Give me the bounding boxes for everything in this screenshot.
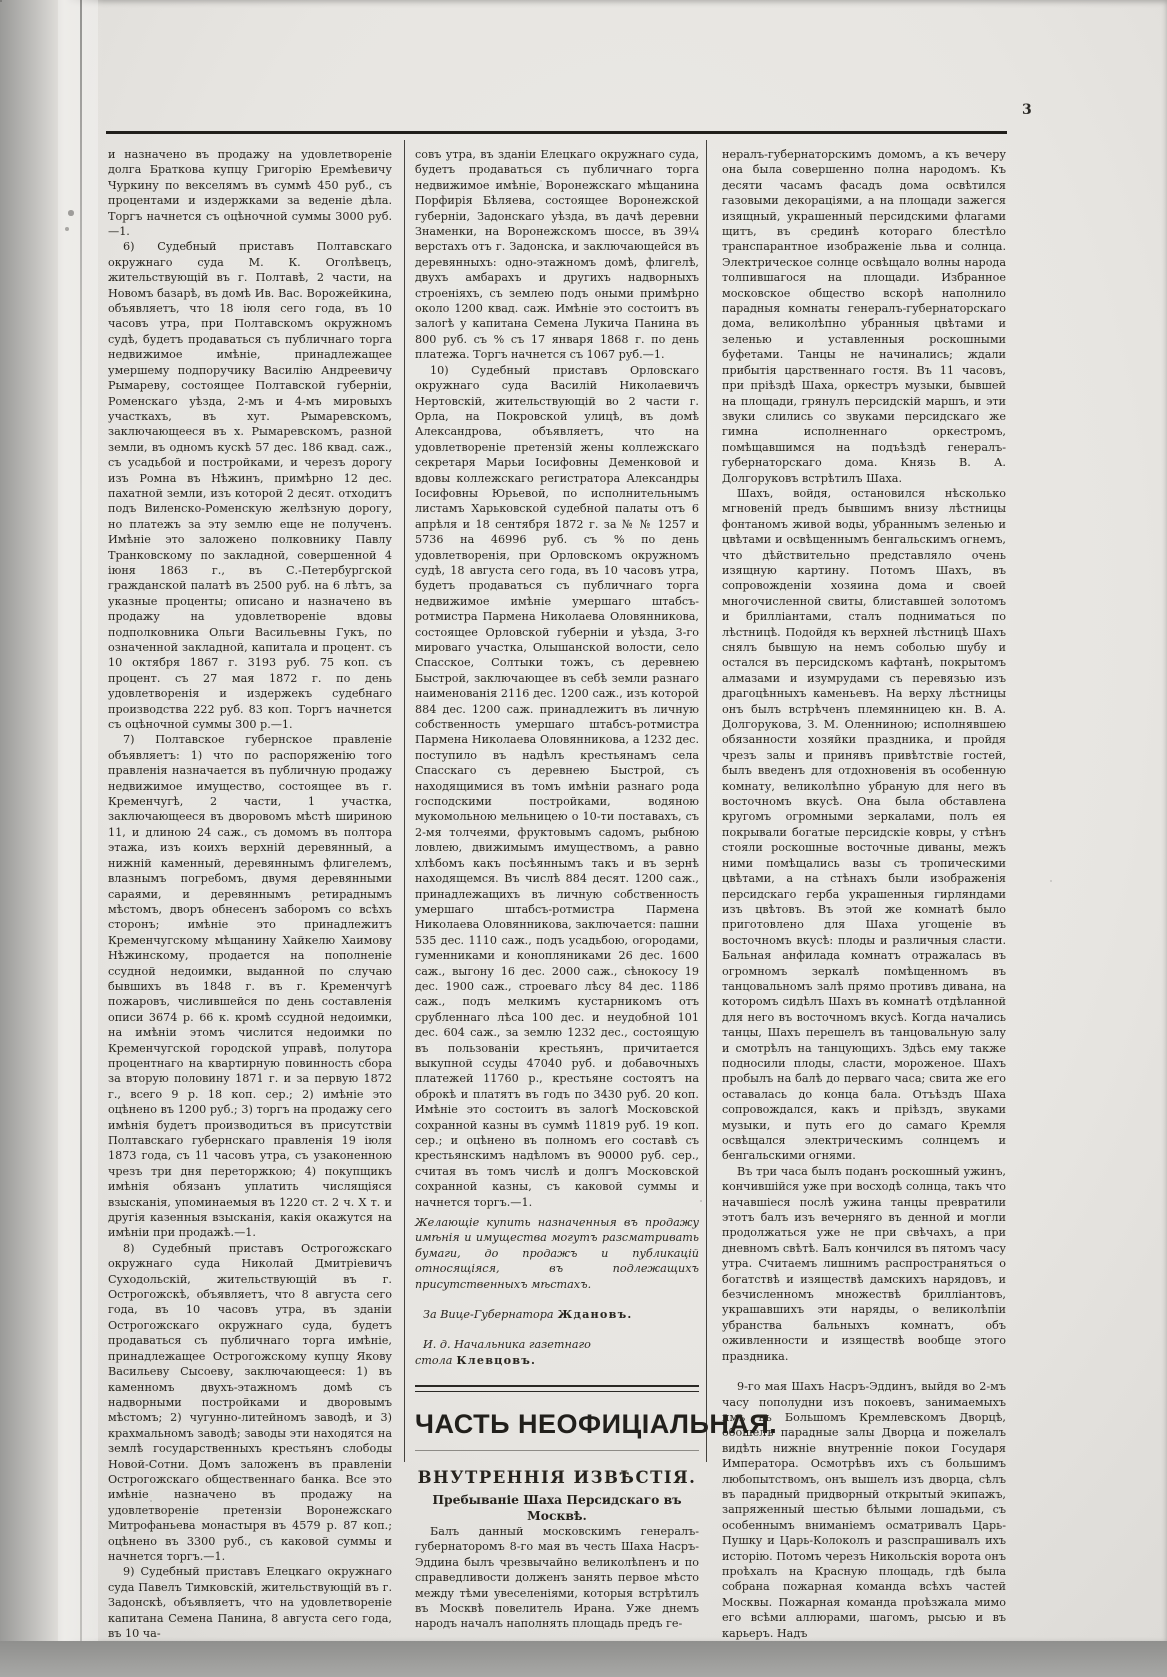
section-divider-double-rule bbox=[415, 1385, 699, 1392]
notice-item-7: 7) Полтавское губернское правленіе объяв… bbox=[108, 732, 392, 1240]
article-paragraph: Шахъ, войдя, остановился нѣсколько мгнов… bbox=[722, 486, 1006, 1164]
page-number: 3 bbox=[1022, 102, 1032, 118]
notice-item-9: 9) Судебный приставъ Елецкаго окружнаго … bbox=[108, 1564, 392, 1641]
section-divider-thin-rule bbox=[415, 1450, 699, 1451]
article-paragraph: Балъ данный московскимъ генералъ-губерна… bbox=[415, 1524, 699, 1632]
article-title-shah-visit: Пребываніе Шаха Персидскаго въ Москвѣ. bbox=[415, 1492, 699, 1523]
subsection-title-domestic-news: ВНУТРЕННІЯ ИЗВѢСТІЯ. bbox=[415, 1470, 699, 1485]
section-title-unofficial-part: ЧАСТЬ НЕОФИЦІАЛЬНАЯ. bbox=[415, 1417, 699, 1432]
scan-bottom-backing bbox=[0, 1641, 1167, 1677]
column-3: нералъ-губернаторскимъ домомъ, а къ вече… bbox=[722, 147, 1006, 1641]
scan-noise-specks bbox=[0, 0, 2, 2]
notice-item-10: 10) Судебный приставъ Орловскаго окружна… bbox=[415, 363, 699, 1210]
signature-name: Ждановъ. bbox=[554, 1307, 633, 1321]
article-paragraph: 9-го мая Шахъ Насръ-Эддинъ, выйдя во 2-м… bbox=[722, 1379, 1006, 1641]
article-paragraph-continuation: нералъ-губернаторскимъ домомъ, а къ вече… bbox=[722, 147, 1006, 486]
buyers-notice: Желающіе купить назначенныя въ продажу и… bbox=[415, 1215, 699, 1292]
signature-desk-chief: И. д. Начальника газетнаго столаКлевцовъ… bbox=[415, 1337, 699, 1368]
masthead-rule bbox=[106, 131, 1007, 134]
column-1: и назначено въ продажу на удовлетвореніе… bbox=[108, 147, 392, 1641]
newspaper-page: 3 и назначено въ продажу на удовлетворен… bbox=[0, 0, 1167, 1641]
notice-item-9-continuation: совъ утра, въ зданіи Елецкаго окружнаго … bbox=[415, 147, 699, 363]
text-columns: и назначено въ продажу на удовлетвореніе… bbox=[108, 147, 1007, 1641]
signature-vice-governor: За Вице-ГубернатораЖдановъ. bbox=[415, 1307, 699, 1322]
signature-name: Клевцовъ. bbox=[452, 1353, 536, 1367]
notice-item-8: 8) Судебный приставъ Острогожскаго окруж… bbox=[108, 1241, 392, 1565]
notice-continuation-item5: и назначено въ продажу на удовлетвореніе… bbox=[108, 147, 392, 239]
signature-label: За Вице-Губернатора bbox=[423, 1308, 554, 1321]
column-2: совъ утра, въ зданіи Елецкаго окружнаго … bbox=[415, 147, 699, 1641]
notice-item-6: 6) Судебный приставъ Полтавскаго окружна… bbox=[108, 239, 392, 732]
article-paragraph: Въ три часа былъ поданъ роскошный ужинъ,… bbox=[722, 1164, 1006, 1364]
